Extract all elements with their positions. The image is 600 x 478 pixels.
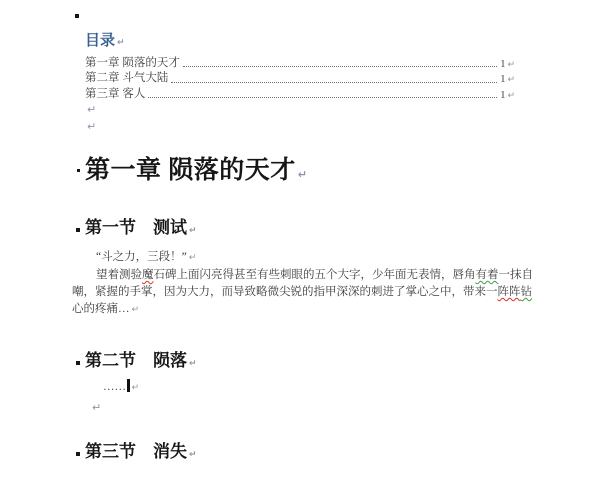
paragraph-mark-icon: ↵ xyxy=(189,450,197,460)
toc-dot-leader xyxy=(183,66,497,67)
body-paragraph: “斗之力，三段！”↵ 望着测验魔石碑上面闪亮得甚至有些刺眼的五个大字，少年面无表… xyxy=(72,249,538,319)
toc-page-number: 1 xyxy=(500,59,505,70)
paragraph-mark-icon: ↵ xyxy=(189,359,197,369)
black-square-formatting-mark xyxy=(76,361,80,365)
paragraph-mark-icon: ↵ xyxy=(507,91,515,101)
paragraph-mark-icon: ↵ xyxy=(92,401,101,414)
paragraph-mark-icon: ↵ xyxy=(189,253,197,263)
black-square-formatting-mark xyxy=(76,452,80,456)
paragraph-mark-icon: ↵ xyxy=(117,38,125,48)
toc-entry-label: 第三章 客人 xyxy=(85,85,145,101)
ellipsis-line: ……↵ xyxy=(103,379,139,393)
empty-paragraph: ↵ xyxy=(85,117,96,135)
toc-entry-label: 第一章 陨落的天才 xyxy=(85,54,180,70)
toc-page-number: 1 xyxy=(500,90,505,101)
toc-entry[interactable]: 第一章 陨落的天才 1 ↵ xyxy=(85,54,515,70)
toc-title: 目录↵ xyxy=(85,29,125,50)
black-square-formatting-mark xyxy=(76,228,80,232)
text-line: “斗之力，三段！”↵ xyxy=(72,249,538,267)
toc-entry-label: 第二章 斗气大陆 xyxy=(85,69,168,85)
text-cursor xyxy=(127,379,130,392)
grammar-green-squiggle: 有着 xyxy=(476,269,499,281)
empty-paragraph: ↵ xyxy=(85,100,96,118)
chapter-heading: 第一章 陨落的天才↵ xyxy=(85,150,307,186)
paragraph-mark-icon: ↵ xyxy=(507,75,515,85)
paragraph-mark-icon: ↵ xyxy=(87,120,96,133)
paragraph-mark-icon: ↵ xyxy=(507,60,515,70)
toc-page-number: 1 xyxy=(500,74,505,85)
paragraph-mark-icon: ↵ xyxy=(87,103,96,116)
document-page[interactable]: 目录↵ 第一章 陨落的天才 1 ↵ 第二章 斗气大陆 1 ↵ 第三章 客人 1 … xyxy=(0,0,600,478)
toc-list: 第一章 陨落的天才 1 ↵ 第二章 斗气大陆 1 ↵ 第三章 客人 1 ↵ xyxy=(85,54,515,101)
spellcheck-red-squiggle: 魔 xyxy=(142,269,154,281)
paragraph-mark-icon: ↵ xyxy=(132,305,140,315)
toc-entry[interactable]: 第二章 斗气大陆 1 ↵ xyxy=(85,70,515,86)
section-heading-3: 第三节 消失↵ xyxy=(85,437,197,462)
grammar-green-squiggle: 钻 xyxy=(521,286,533,298)
paragraph-mark-icon: ↵ xyxy=(132,383,140,393)
paragraph-mark-icon: ↵ xyxy=(298,168,308,181)
empty-paragraph: ↵ xyxy=(90,398,101,416)
spellcheck-red-squiggle: 阵阵 xyxy=(498,286,521,298)
black-square-formatting-mark xyxy=(77,169,80,172)
toc-entry[interactable]: 第三章 客人 1 ↵ xyxy=(85,85,515,101)
text-line: 嘲，紧握的手掌，因为大力，而导致略微尖锐的指甲深深的刺进了掌心之中，带来一阵阵钻 xyxy=(72,284,538,301)
section-heading-1: 第一节 测试↵ xyxy=(85,213,197,238)
toc-dot-leader xyxy=(148,97,497,98)
paragraph-mark-icon: ↵ xyxy=(189,226,197,236)
text-line: 心的疼痛…↵ xyxy=(72,301,538,319)
section-heading-2: 第二节 陨落↵ xyxy=(85,346,197,371)
toc-dot-leader xyxy=(171,82,497,83)
text-line: 望着测验魔石碑上面闪亮得甚至有些刺眼的五个大字，少年面无表情，唇角有着一抹自 xyxy=(72,267,538,284)
black-square-formatting-mark xyxy=(75,14,79,18)
